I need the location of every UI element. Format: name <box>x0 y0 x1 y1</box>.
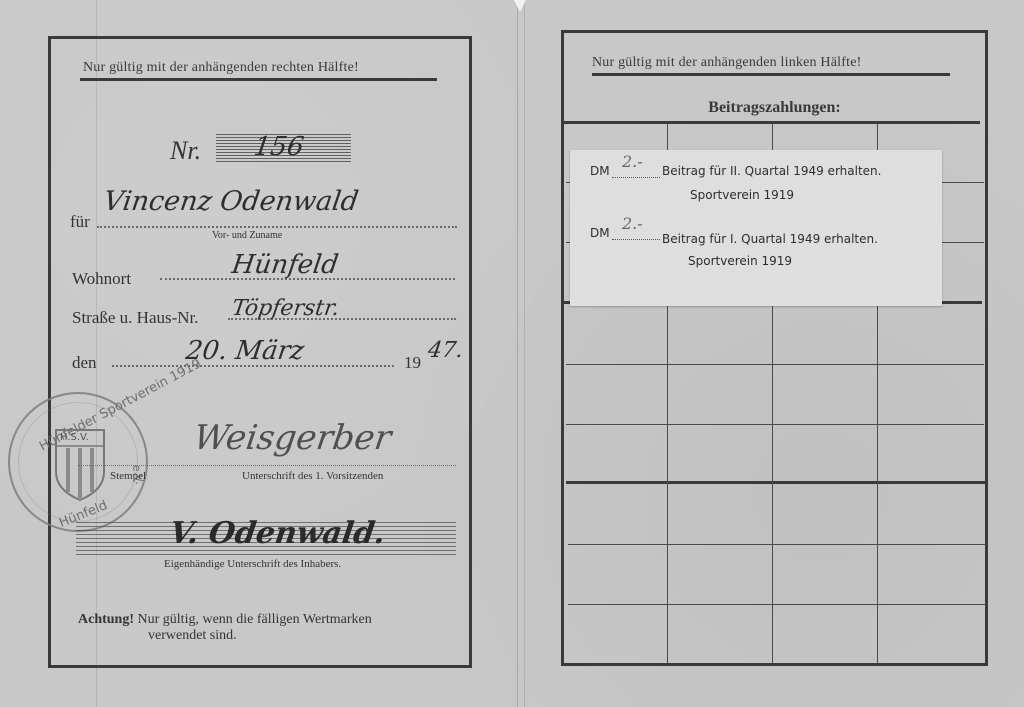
warning-line-1: Nur gültig, wenn die fälligen Wertmarken <box>138 612 372 627</box>
right-top-notice: Nur gültig mit der anhängenden linken Hä… <box>592 55 861 71</box>
date-year-suffix: 47. <box>426 338 465 363</box>
grid-row-line <box>568 544 986 545</box>
name-label: für <box>70 212 90 232</box>
grid-block-separator-3 <box>566 481 986 484</box>
receipt-2-currency: DM <box>590 226 610 240</box>
receipt-2-dots <box>612 239 660 240</box>
payments-title: Beitragszahlungen: <box>564 99 985 117</box>
receipt-2-amount: 2.- <box>622 214 643 233</box>
grid-row-line <box>568 604 986 605</box>
name-dotted-line <box>97 226 457 228</box>
warning-note: Achtung! Nur gültig, wenn die fälligen W… <box>78 612 372 644</box>
receipt-1-currency: DM <box>590 164 610 178</box>
warning-line-2: verwendet sind. <box>78 628 237 643</box>
name-caption: Vor- und Zuname <box>212 230 282 241</box>
grid-row-line <box>566 424 984 425</box>
holder-signature: V. Odenwald. <box>168 516 388 551</box>
receipt-2-text: Beitrag für I. Quartal 1949 erhalten. <box>662 232 878 246</box>
receipt-2-issuer: Sportverein 1919 <box>688 254 792 268</box>
residence-value: Hünfeld <box>230 250 340 280</box>
receipt-slip: DM 2.- Beitrag für II. Quartal 1949 erha… <box>570 150 942 306</box>
number-value: 156 <box>252 132 306 162</box>
receipt-1-issuer: Sportverein 1919 <box>690 188 794 202</box>
name-value: Vincenz Odenwald <box>102 186 361 217</box>
street-value: Töpferstr. <box>230 296 341 321</box>
left-top-notice-underline <box>80 78 437 81</box>
left-top-notice: Nur gültig mit der anhängenden rechten H… <box>83 60 359 76</box>
signature-dotted-line <box>78 465 456 466</box>
right-top-notice-underline <box>592 73 950 76</box>
center-fold <box>517 0 525 707</box>
fold-notch <box>514 0 526 12</box>
shield-text: H.S.V. <box>60 432 89 443</box>
date-year-prefix: 19 <box>404 353 421 373</box>
warning-prefix: Achtung! <box>78 612 134 627</box>
holder-signature-caption: Eigenhändige Unterschrift des Inhabers. <box>164 558 341 570</box>
grid-row-line <box>566 364 984 365</box>
receipt-1-dots <box>612 177 660 178</box>
date-day-month: 20. März <box>184 336 306 366</box>
street-label: Straße u. Haus-Nr. <box>72 308 199 328</box>
receipt-1-amount: 2.- <box>622 152 643 171</box>
number-label: Nr. <box>170 136 201 166</box>
chairman-signature-caption: Unterschrift des 1. Vorsitzenden <box>242 470 383 482</box>
date-label: den <box>72 353 97 373</box>
stamp-label: Stempel <box>110 470 146 482</box>
right-half-frame: Beitragszahlungen: <box>561 30 988 666</box>
receipt-1-text: Beitrag für II. Quartal 1949 erhalten. <box>662 164 881 178</box>
residence-label: Wohnort <box>72 269 131 289</box>
chairman-signature: Weisgerber <box>191 418 394 458</box>
